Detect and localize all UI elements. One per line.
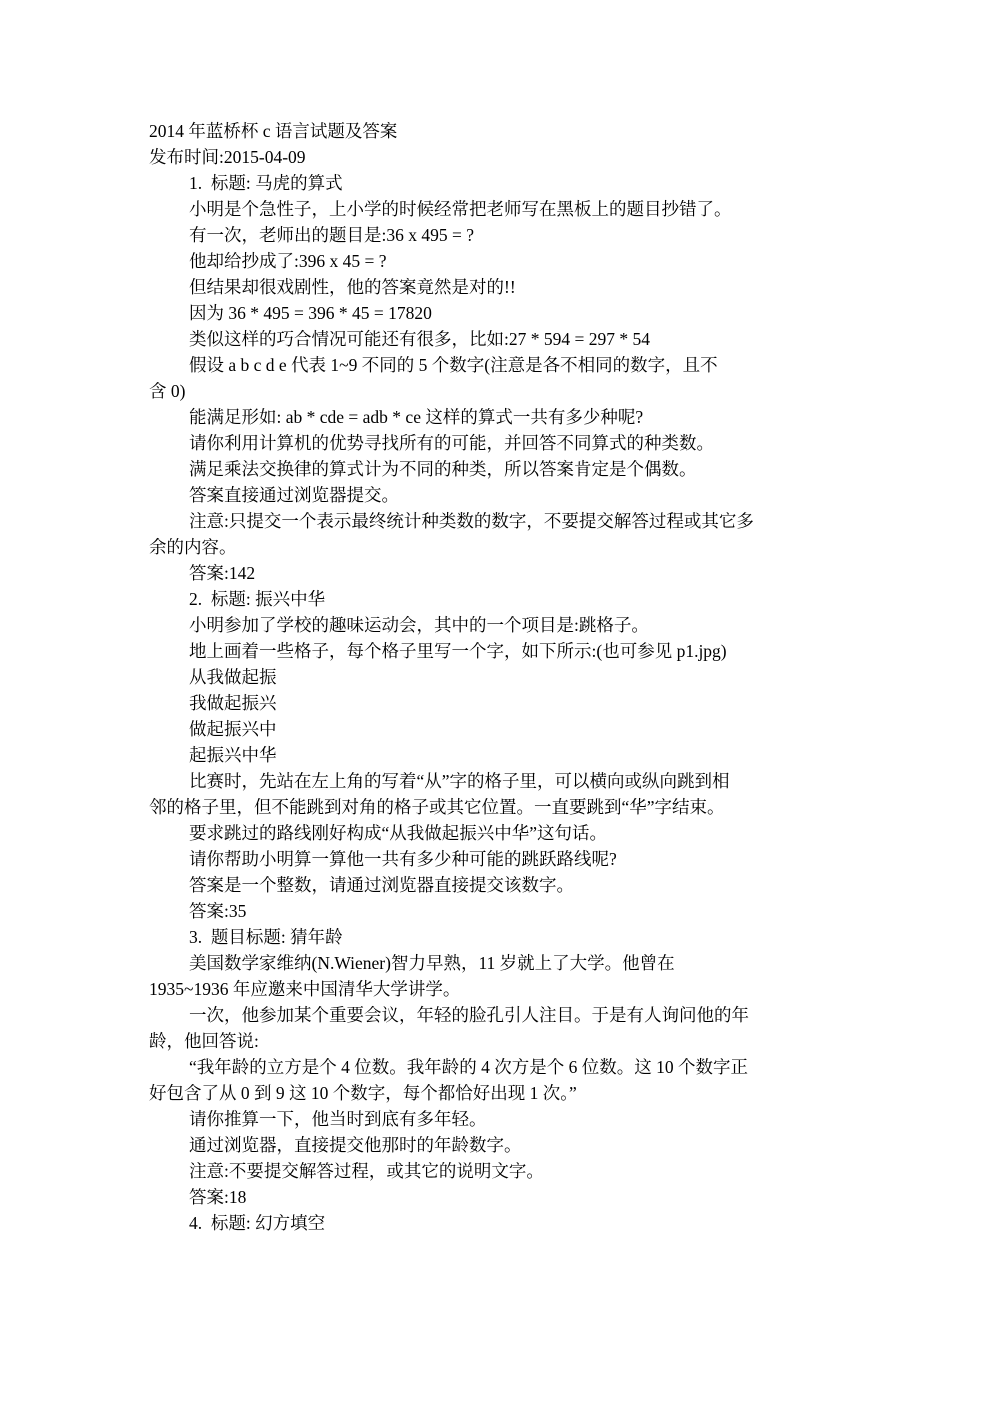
text-line: 好包含了从 0 到 9 这 10 个数字，每个都恰好出现 1 次。” bbox=[149, 1080, 903, 1106]
text-line: 请你帮助小明算一算他一共有多少种可能的跳跃路线呢? bbox=[149, 846, 903, 872]
text-line: 但结果却很戏剧性，他的答案竟然是对的!! bbox=[149, 274, 903, 300]
problem-1-heading: 1. 标题: 马虎的算式 bbox=[149, 170, 903, 196]
problem-4-heading: 4. 标题: 幻方填空 bbox=[149, 1210, 903, 1236]
text-line: 余的内容。 bbox=[149, 534, 903, 560]
grid-row: 起振兴中华 bbox=[149, 742, 903, 768]
grid-row: 从我做起振 bbox=[149, 664, 903, 690]
text-line: 小明是个急性子，上小学的时候经常把老师写在黑板上的题目抄错了。 bbox=[149, 196, 903, 222]
problem-3-answer: 答案:18 bbox=[149, 1184, 903, 1210]
text-line: 能满足形如: ab * cde = adb * ce 这样的算式一共有多少种呢? bbox=[149, 404, 903, 430]
text-line: 因为 36 * 495 = 396 * 45 = 17820 bbox=[149, 300, 903, 326]
problem-2-answer: 答案:35 bbox=[149, 898, 903, 924]
text-line: “我年龄的立方是个 4 位数。我年龄的 4 次方是个 6 位数。这 10 个数字… bbox=[149, 1054, 903, 1080]
text-line: 通过浏览器，直接提交他那时的年龄数字。 bbox=[149, 1132, 903, 1158]
problem-2-heading: 2. 标题: 振兴中华 bbox=[149, 586, 903, 612]
text-line: 注意:只提交一个表示最终统计种类数的数字，不要提交解答过程或其它多 bbox=[149, 508, 903, 534]
text-line: 邻的格子里，但不能跳到对角的格子或其它位置。一直要跳到“华”字结束。 bbox=[149, 794, 903, 820]
text-line: 龄，他回答说: bbox=[149, 1028, 903, 1054]
problem-3-heading: 3. 题目标题: 猜年龄 bbox=[149, 924, 903, 950]
text-line: 有一次，老师出的题目是:36 x 495 = ? bbox=[149, 222, 903, 248]
text-line: 答案直接通过浏览器提交。 bbox=[149, 482, 903, 508]
document-title: 2014 年蓝桥杯 c 语言试题及答案 bbox=[149, 118, 903, 144]
text-line: 1935~1936 年应邀来中国清华大学讲学。 bbox=[149, 976, 903, 1002]
document-page: 2014 年蓝桥杯 c 语言试题及答案 发布时间:2015-04-09 1. 标… bbox=[0, 0, 993, 1404]
grid-row: 做起振兴中 bbox=[149, 716, 903, 742]
publish-date: 发布时间:2015-04-09 bbox=[149, 144, 903, 170]
text-line: 比赛时，先站在左上角的写着“从”字的格子里，可以横向或纵向跳到相 bbox=[149, 768, 903, 794]
grid-row: 我做起振兴 bbox=[149, 690, 903, 716]
text-line: 地上画着一些格子，每个格子里写一个字，如下所示:(也可参见 p1.jpg) bbox=[149, 638, 903, 664]
text-line: 满足乘法交换律的算式计为不同的种类，所以答案肯定是个偶数。 bbox=[149, 456, 903, 482]
text-line: 他却给抄成了:396 x 45 = ? bbox=[149, 248, 903, 274]
text-line: 小明参加了学校的趣味运动会，其中的一个项目是:跳格子。 bbox=[149, 612, 903, 638]
text-line: 美国数学家维纳(N.Wiener)智力早熟，11 岁就上了大学。他曾在 bbox=[149, 950, 903, 976]
text-line: 要求跳过的路线刚好构成“从我做起振兴中华”这句话。 bbox=[149, 820, 903, 846]
problem-1-answer: 答案:142 bbox=[149, 560, 903, 586]
text-line: 请你推算一下，他当时到底有多年轻。 bbox=[149, 1106, 903, 1132]
text-line: 答案是一个整数，请通过浏览器直接提交该数字。 bbox=[149, 872, 903, 898]
text-line: 请你利用计算机的优势寻找所有的可能，并回答不同算式的种类数。 bbox=[149, 430, 903, 456]
text-line: 含 0) bbox=[149, 378, 903, 404]
text-line: 类似这样的巧合情况可能还有很多，比如:27 * 594 = 297 * 54 bbox=[149, 326, 903, 352]
document-body: 1. 标题: 马虎的算式小明是个急性子，上小学的时候经常把老师写在黑板上的题目抄… bbox=[149, 170, 903, 1236]
text-line: 注意:不要提交解答过程，或其它的说明文字。 bbox=[149, 1158, 903, 1184]
text-line: 一次，他参加某个重要会议，年轻的脸孔引人注目。于是有人询问他的年 bbox=[149, 1002, 903, 1028]
text-line: 假设 a b c d e 代表 1~9 不同的 5 个数字(注意是各不相同的数字… bbox=[149, 352, 903, 378]
